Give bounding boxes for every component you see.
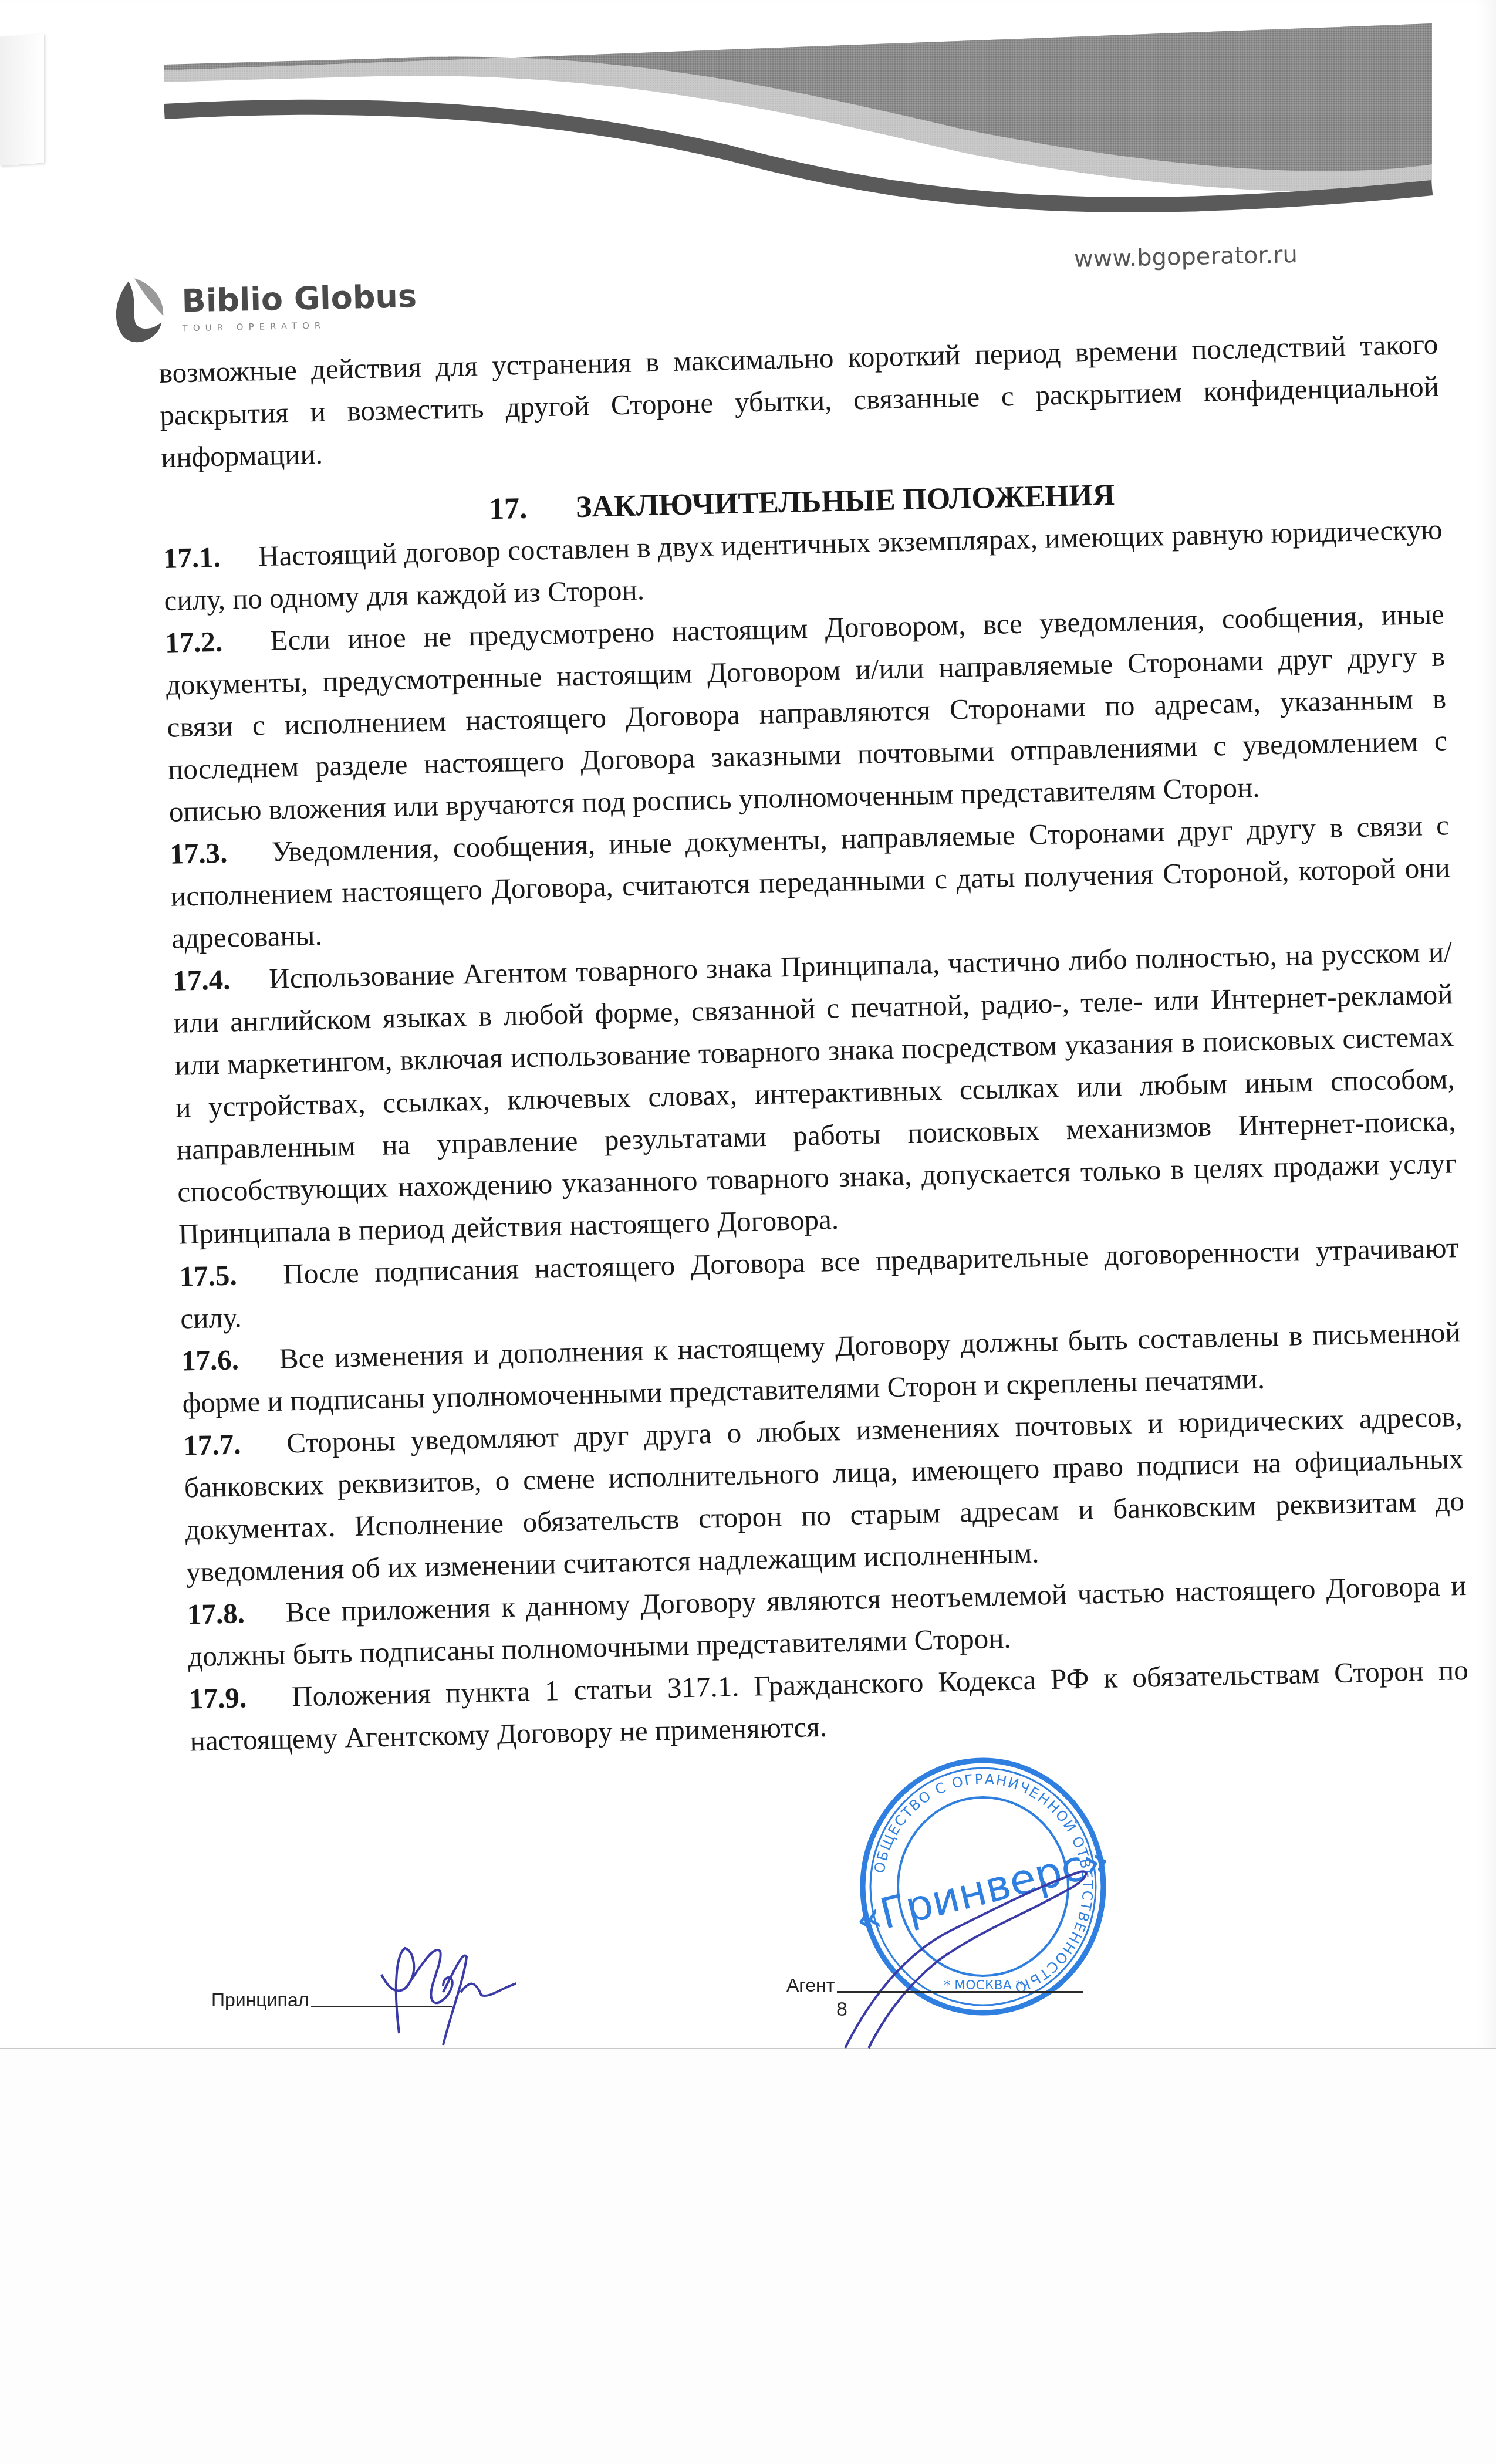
clause-number: 17.4.	[173, 958, 262, 1002]
clause-text: Если иное не предусмотрено настоящим Дог…	[166, 597, 1447, 827]
clause-number: 17.5.	[179, 1253, 268, 1297]
clause-text: Использование Агентом товарного знака Пр…	[173, 935, 1457, 1250]
clause-17-4: 17.4. Использование Агентом товарного зн…	[173, 931, 1458, 1255]
header-wave-band	[23, 12, 1479, 235]
principal-label: Принципал	[211, 1989, 309, 2011]
clause-number: 17.8.	[187, 1591, 276, 1635]
clause-17-2: 17.2. Если иное не предусмотрено настоящ…	[164, 593, 1448, 833]
section-number: 17.	[488, 492, 527, 526]
scanned-page: Biblio Globus TOUR OPERATOR www.bgoperat…	[0, 0, 1496, 2049]
brand-tagline: TOUR OPERATOR	[182, 318, 417, 333]
principal-signature-field: Принципал	[211, 1989, 452, 2011]
clause-number: 17.9.	[188, 1676, 278, 1720]
principal-signature-line	[311, 2006, 452, 2007]
clause-number: 17.6.	[181, 1338, 270, 1382]
clause-number: 17.7.	[183, 1422, 272, 1466]
clause-17-7: 17.7. Стороны уведомляют друг друга о лю…	[183, 1395, 1465, 1593]
document-body: возможные действия для устранения в макс…	[158, 323, 1470, 1763]
agent-label: Агент	[786, 1975, 835, 1996]
clause-number: 17.3.	[170, 831, 259, 875]
biblio-globus-logo-icon	[111, 275, 171, 346]
signature-area: Принципал Агент	[0, 1936, 1496, 2066]
intro-paragraph: возможные действия для устранения в макс…	[158, 323, 1440, 479]
clause-number: 17.2.	[164, 620, 254, 664]
stamp-company-name: «Гринверс»	[851, 1834, 1115, 1945]
clause-text: Уведомления, сообщения, иные документы, …	[170, 809, 1450, 954]
agent-signature-field: Агент	[786, 1975, 1083, 1996]
biblio-globus-logo: Biblio Globus TOUR OPERATOR	[111, 269, 418, 346]
clause-text: Стороны уведомляют друг друга о любых из…	[184, 1400, 1464, 1588]
brand-name: Biblio Globus	[181, 280, 417, 317]
agent-signature-line	[837, 1991, 1083, 1993]
website-url: www.bgoperator.ru	[1074, 241, 1298, 273]
page-number: 8	[836, 1998, 847, 2021]
clause-number: 17.1.	[163, 536, 252, 580]
